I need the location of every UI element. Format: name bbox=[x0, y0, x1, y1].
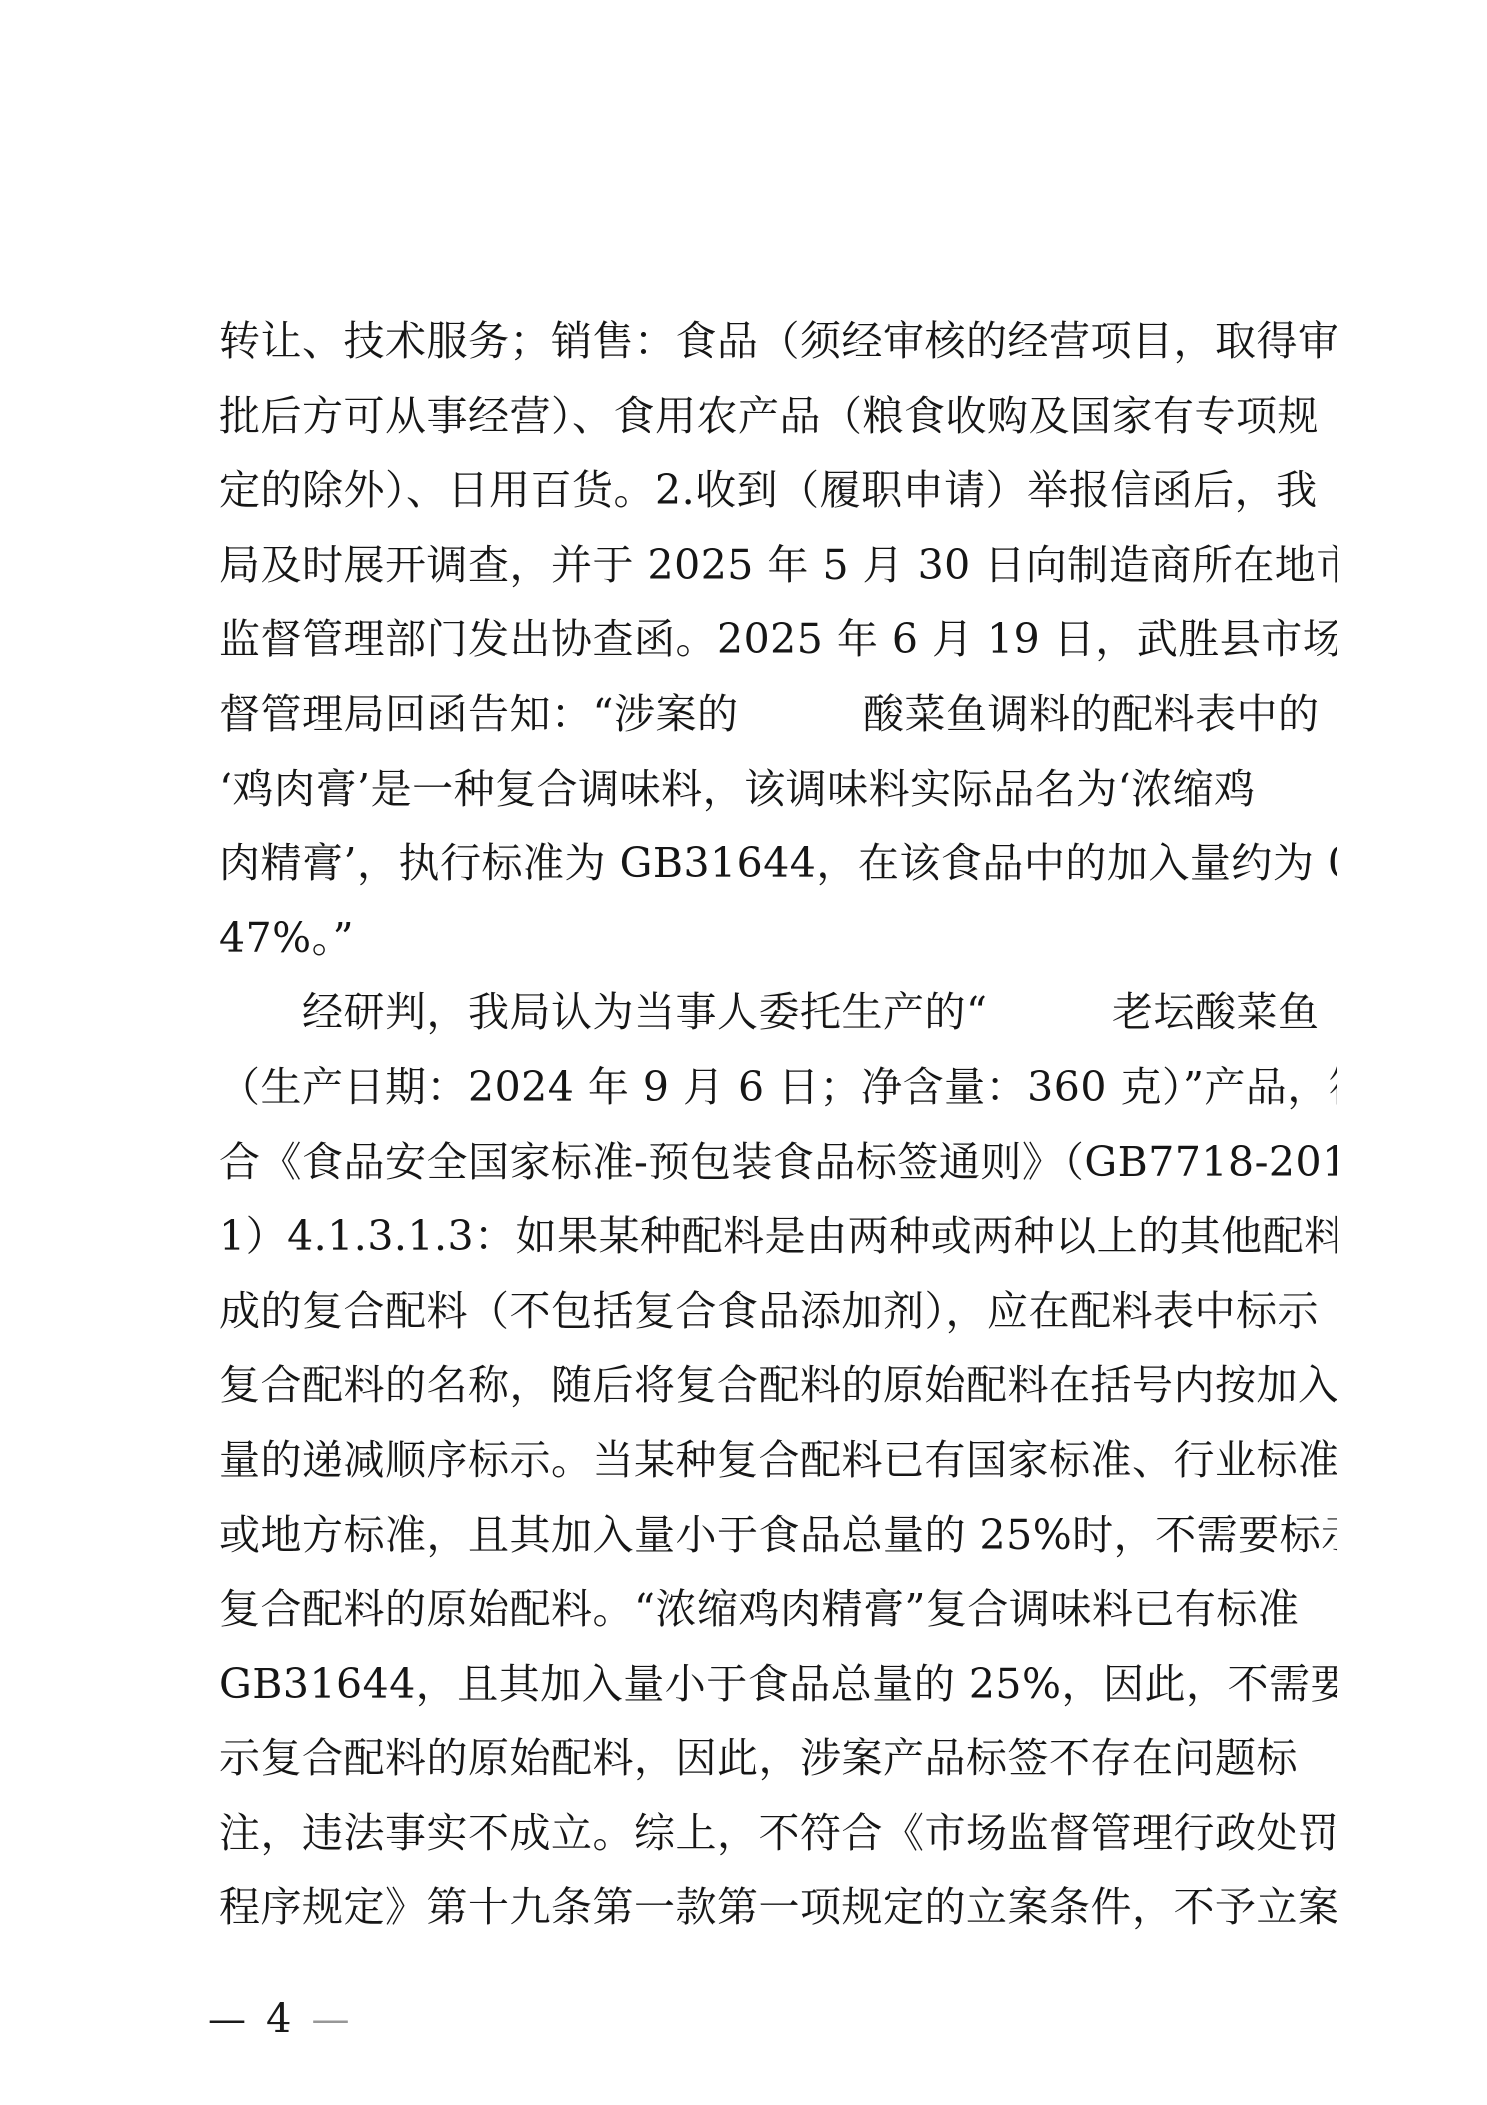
text-line: 复合配料的原始配料。“浓缩鸡肉精膏”复合调味料已有标准 bbox=[219, 1572, 1337, 1647]
text-line: ‘鸡肉膏’是一种复合调味料，该调味料实际品名为‘浓缩鸡 bbox=[219, 752, 1337, 827]
text-line: 47%。” bbox=[219, 901, 1337, 976]
text-line: 注，违法事实不成立。综上，不符合《市场监督管理行政处罚 bbox=[219, 1796, 1337, 1871]
text-line: 成的复合配料（不包括复合食品添加剂），应在配料表中标示 bbox=[219, 1274, 1337, 1349]
body-text: 转让、技术服务；销售：食品（须经审核的经营项目，取得审 批后方可从事经营）、食用… bbox=[219, 304, 1337, 1945]
text-line: 批后方可从事经营）、食用农产品（粮食收购及国家有专项规 bbox=[219, 379, 1337, 454]
text-line: 程序规定》第十九条第一款第一项规定的立案条件，不予立案 bbox=[219, 1870, 1337, 1945]
document-page: 转让、技术服务；销售：食品（须经审核的经营项目，取得审 批后方可从事经营）、食用… bbox=[0, 0, 1487, 2105]
text-line: 复合配料的名称，随后将复合配料的原始配料在括号内按加入 bbox=[219, 1348, 1337, 1423]
text-line-redacted: 督管理局回函告知：“涉案的 酸菜鱼调料的配料表中的 bbox=[219, 677, 1337, 752]
text-line: （生产日期：2024 年 9 月 6 日；净含量：360 克）”产品，符 bbox=[219, 1050, 1337, 1125]
text-line: 监督管理部门发出协查函。2025 年 6 月 19 日，武胜县市场监 bbox=[219, 602, 1337, 677]
text-line: GB31644，且其加入量小于食品总量的 25%，因此，不需要标 bbox=[219, 1647, 1337, 1722]
text-line: 定的除外）、日用百货。2.收到（履职申请）举报信函后，我 bbox=[219, 453, 1337, 528]
text-line: 示复合配料的原始配料，因此，涉案产品标签不存在问题标 bbox=[219, 1721, 1337, 1796]
footer-dash-right: — bbox=[311, 1996, 349, 2042]
page-number: 4 bbox=[266, 1996, 291, 2042]
text-line: 肉精膏’，执行标准为 GB31644，在该食品中的加入量约为 0. bbox=[219, 826, 1337, 901]
text-line: 1）4.1.3.1.3：如果某种配料是由两种或两种以上的其他配料构 bbox=[219, 1199, 1337, 1274]
text-line: 局及时展开调查，并于 2025 年 5 月 30 日向制造商所在地市场 bbox=[219, 528, 1337, 603]
text-line-paragraph-start-redacted: 经研判，我局认为当事人委托生产的“ 老坛酸菜鱼 bbox=[219, 975, 1337, 1050]
text-line: 量的递减顺序标示。当某种复合配料已有国家标准、行业标准 bbox=[219, 1423, 1337, 1498]
text-line: 转让、技术服务；销售：食品（须经审核的经营项目，取得审 bbox=[219, 304, 1337, 379]
text-line: 或地方标准，且其加入量小于食品总量的 25%时，不需要标示 bbox=[219, 1498, 1337, 1573]
footer-dash-left: — bbox=[208, 1996, 246, 2042]
page-footer: — 4 — bbox=[208, 1996, 349, 2042]
text-line: 合《食品安全国家标准-预包装食品标签通则》（GB7718-201 bbox=[219, 1125, 1337, 1200]
